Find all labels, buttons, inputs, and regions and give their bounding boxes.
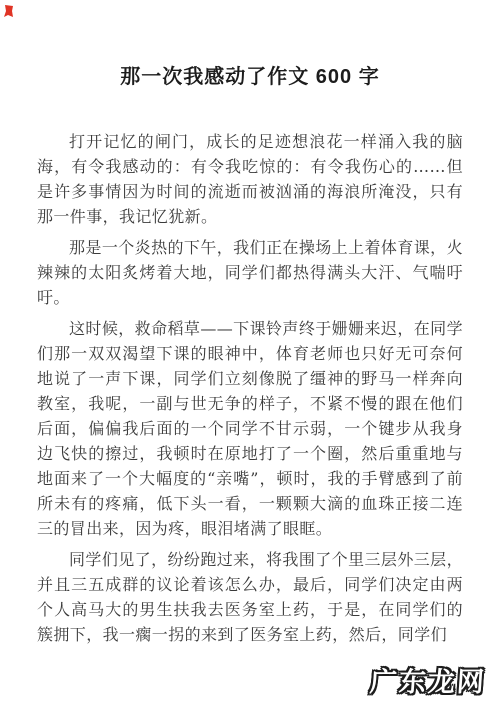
essay-paragraph: 同学们见了，纷纷跑过来，将我围了个里三层外三层，并且三五成群的议论着该怎么办，最…	[37, 547, 463, 647]
essay-paragraph: 打开记忆的闸门，成长的足迹想浪花一样涌入我的脑海，有令我感动的：有令我吃惊的：有…	[37, 129, 463, 229]
watermark-text: 广东龙网	[369, 660, 488, 699]
red-stamp-icon	[4, 5, 14, 18]
essay-paragraph: 这时候，救命稻草——下课铃声终于姗姗来迟，在同学们那一双双渴望下课的眼神中，体育…	[37, 316, 463, 541]
document-page: 那一次我感动了作文 600 字 打开记忆的闸门，成长的足迹想浪花一样涌入我的脑海…	[0, 0, 500, 708]
essay-paragraph: 那是一个炎热的下午，我们正在操场上上着体育课，火辣辣的太阳炙烤着大地，同学们都热…	[37, 235, 463, 310]
essay-title: 那一次我感动了作文 600 字	[0, 0, 500, 89]
essay-body: 打开记忆的闸门，成长的足迹想浪花一样涌入我的脑海，有令我感动的：有令我吃惊的：有…	[0, 129, 500, 647]
